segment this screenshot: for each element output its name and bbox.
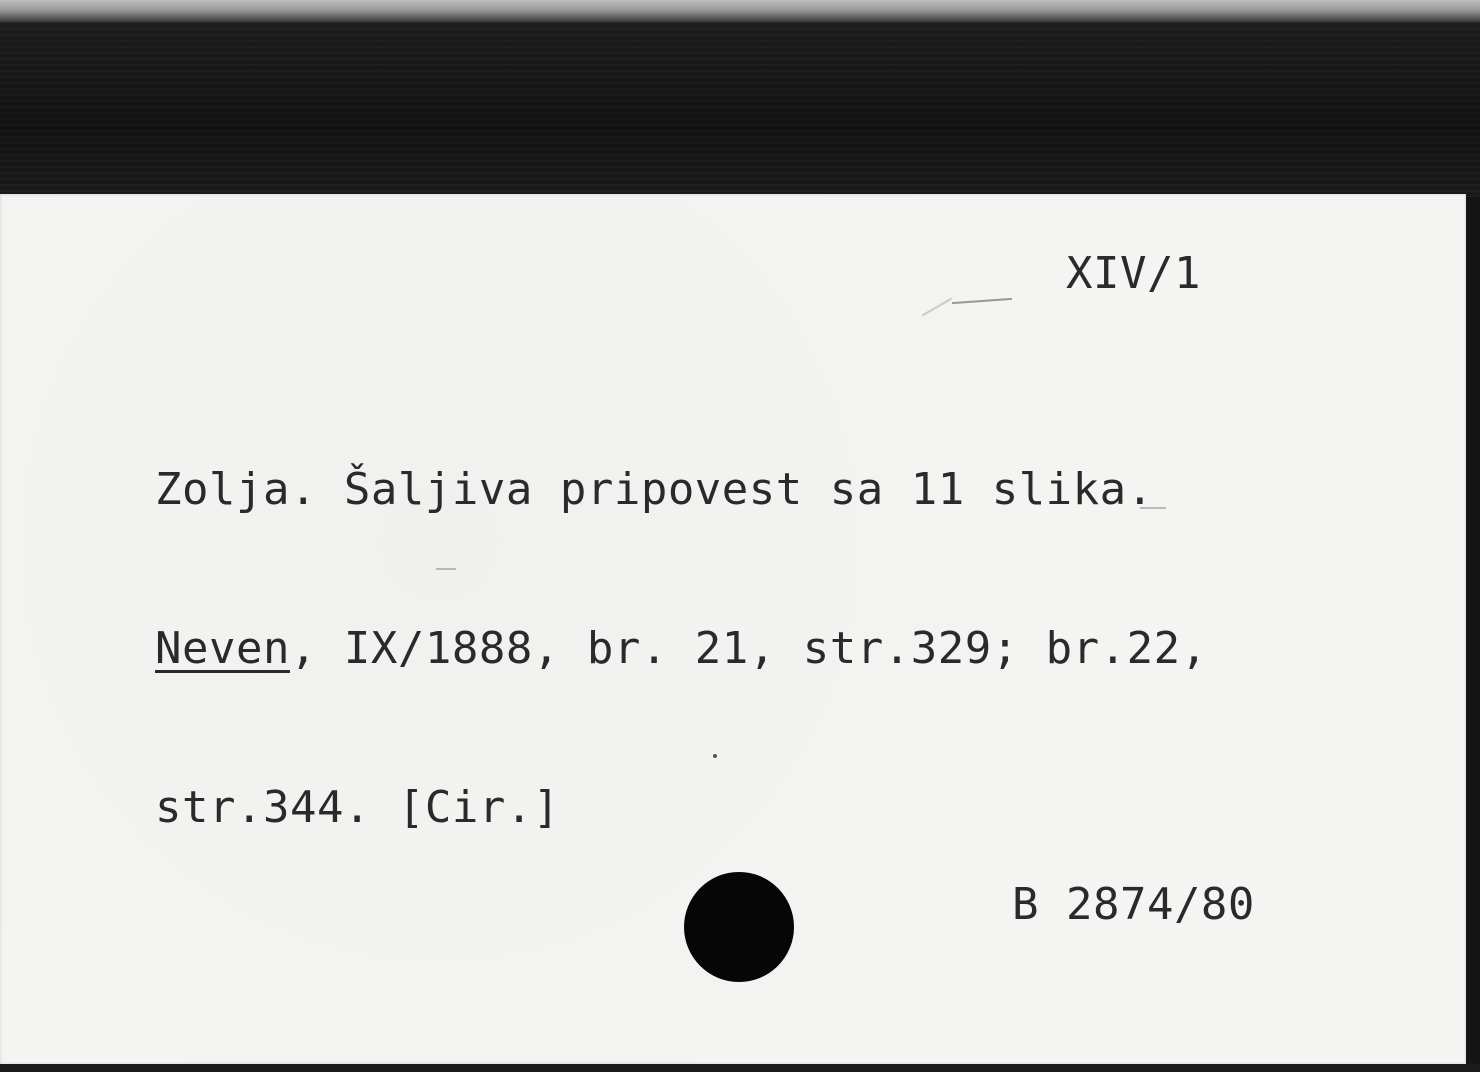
scanner-background (0, 22, 1480, 197)
scanned-catalog-card-scene: XIV/1 Zolja. Šaljiva pripovest sa 11 sli… (0, 0, 1480, 1072)
pencil-mark (922, 298, 952, 317)
shelfmark: XIV/1 (1066, 249, 1201, 299)
catalog-card: XIV/1 Zolja. Šaljiva pripovest sa 11 sli… (0, 194, 1466, 1064)
entry-source-line: Neven, IX/1888, br. 21, str.329; br.22, (155, 622, 1208, 675)
entry-title-line: Zolja. Šaljiva pripovest sa 11 slika. (155, 463, 1208, 516)
ink-speck (713, 754, 717, 758)
periodical-title: Neven (155, 623, 290, 674)
entry-source-details: , IX/1888, br. 21, str.329; br.22, (290, 623, 1208, 674)
accession-number: B 2874/80 (1012, 880, 1255, 930)
entry-pages-line: str.344. [Cir.] (155, 781, 1208, 834)
pencil-mark (1140, 507, 1166, 509)
pencil-mark (952, 298, 1012, 304)
punch-hole (684, 872, 794, 982)
scanner-edge (0, 0, 1480, 22)
pencil-mark (436, 568, 456, 570)
scanner-bottom-edge (0, 1064, 1480, 1072)
bibliographic-entry: Zolja. Šaljiva pripovest sa 11 slika. Ne… (155, 357, 1208, 940)
